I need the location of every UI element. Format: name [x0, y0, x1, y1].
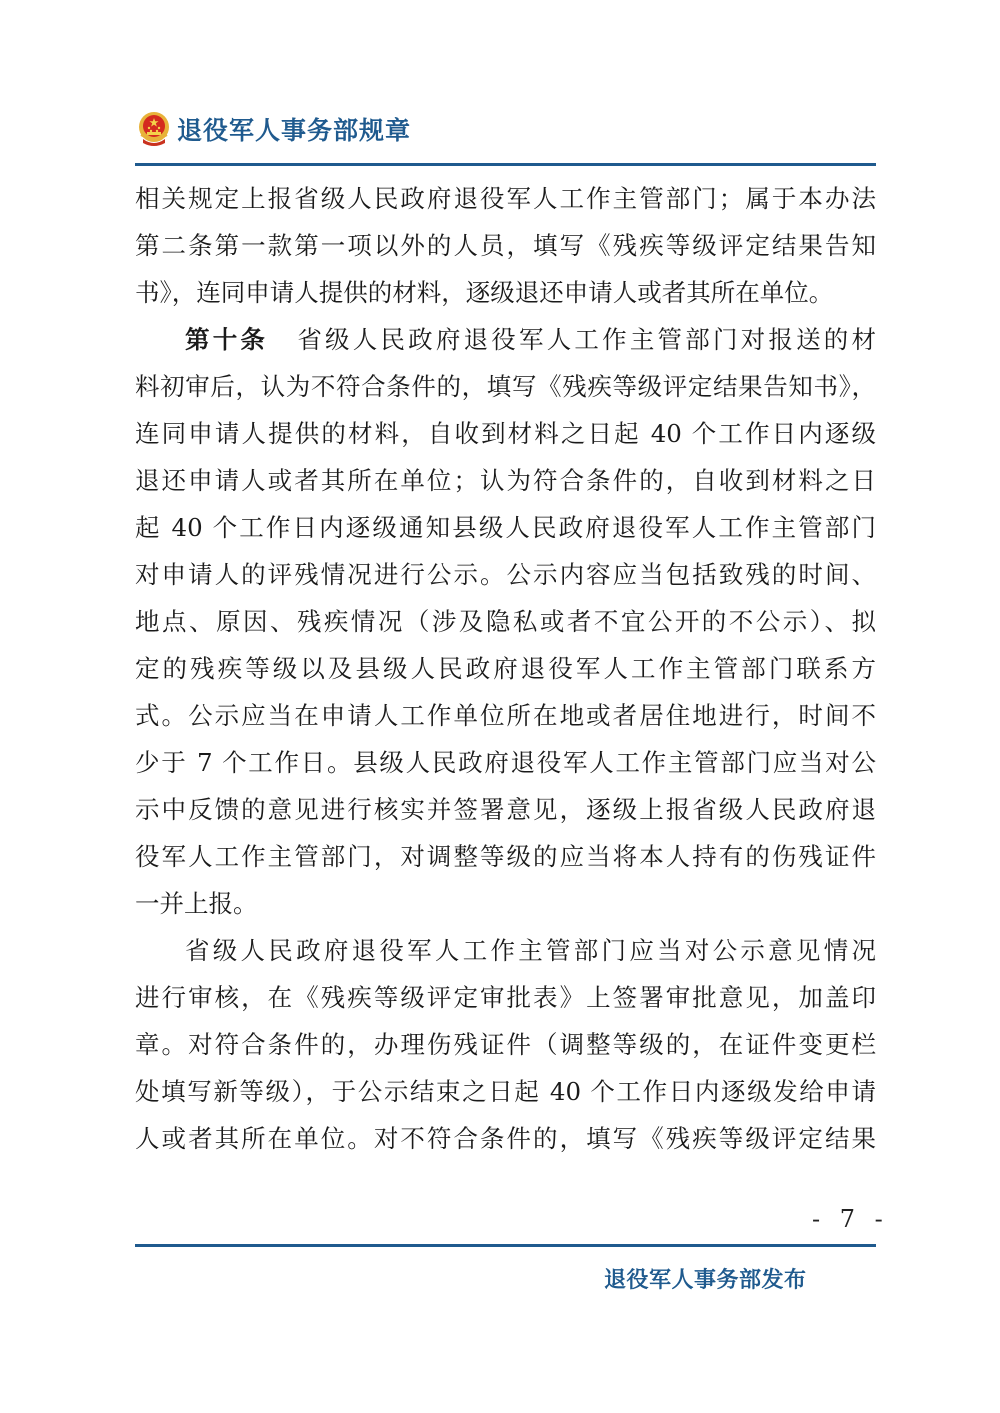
- article-label: 第十条: [185, 325, 268, 354]
- text-line: 第二条第一款第一项以外的人员，填写《残疾等级评定结果告知: [135, 222, 876, 269]
- national-emblem-icon: [137, 109, 171, 149]
- text-line: 连同申请人提供的材料，自收到材料之日起 40 个工作日内逐级: [135, 410, 876, 457]
- text-line: 示中反馈的意见进行核实并签署意见，逐级上报省级人民政府退: [135, 786, 876, 833]
- text-line: 料初审后，认为不符合条件的，填写《残疾等级评定结果告知书》，: [135, 363, 876, 410]
- header-divider: [135, 163, 876, 166]
- footer-publisher: 退役军人事务部发布: [604, 1263, 807, 1294]
- text-line: 进行审核，在《残疾等级评定审批表》上签署审批意见，加盖印: [135, 974, 876, 1021]
- text-line: 少于 7 个工作日。县级人民政府退役军人工作主管部门应当对公: [135, 739, 876, 786]
- text-line: 人或者其所在单位。对不符合条件的，填写《残疾等级评定结果: [135, 1115, 876, 1162]
- text-line: 役军人工作主管部门，对调整等级的应当将本人持有的伤残证件: [135, 833, 876, 880]
- text-line: 地点、原因、残疾情况（涉及隐私或者不宜公开的不公示）、拟: [135, 598, 876, 645]
- text-line: 省级人民政府退役军人工作主管部门应当对公示意见情况: [135, 927, 876, 974]
- footer-divider: [135, 1244, 876, 1247]
- article-first-line: 第十条省级人民政府退役军人工作主管部门对报送的材: [135, 316, 876, 363]
- article-text: 省级人民政府退役军人工作主管部门对报送的材: [294, 325, 876, 354]
- text-line: 式。公示应当在申请人工作单位所在地或者居住地进行，时间不: [135, 692, 876, 739]
- page-header: 退役军人事务部规章: [137, 104, 411, 154]
- text-line: 相关规定上报省级人民政府退役军人工作主管部门；属于本办法: [135, 175, 876, 222]
- text-line: 书》，连同申请人提供的材料，逐级退还申请人或者其所在单位。: [135, 269, 876, 316]
- page-number: - 7 -: [812, 1205, 889, 1233]
- document-body: 相关规定上报省级人民政府退役军人工作主管部门；属于本办法 第二条第一款第一项以外…: [135, 175, 876, 1162]
- header-title: 退役军人事务部规章: [177, 111, 411, 147]
- text-line: 退还申请人或者其所在单位；认为符合条件的，自收到材料之日: [135, 457, 876, 504]
- text-line: 处填写新等级），于公示结束之日起 40 个工作日内逐级发给申请: [135, 1068, 876, 1115]
- text-line: 定的残疾等级以及县级人民政府退役军人工作主管部门联系方: [135, 645, 876, 692]
- document-page: 退役军人事务部规章 相关规定上报省级人民政府退役军人工作主管部门；属于本办法 第…: [0, 0, 1000, 1413]
- text-line: 对申请人的评残情况进行公示。公示内容应当包括致残的时间、: [135, 551, 876, 598]
- text-line: 一并上报。: [135, 880, 876, 927]
- text-line: 章。对符合条件的，办理伤残证件（调整等级的，在证件变更栏: [135, 1021, 876, 1068]
- text-line: 起 40 个工作日内逐级通知县级人民政府退役军人工作主管部门: [135, 504, 876, 551]
